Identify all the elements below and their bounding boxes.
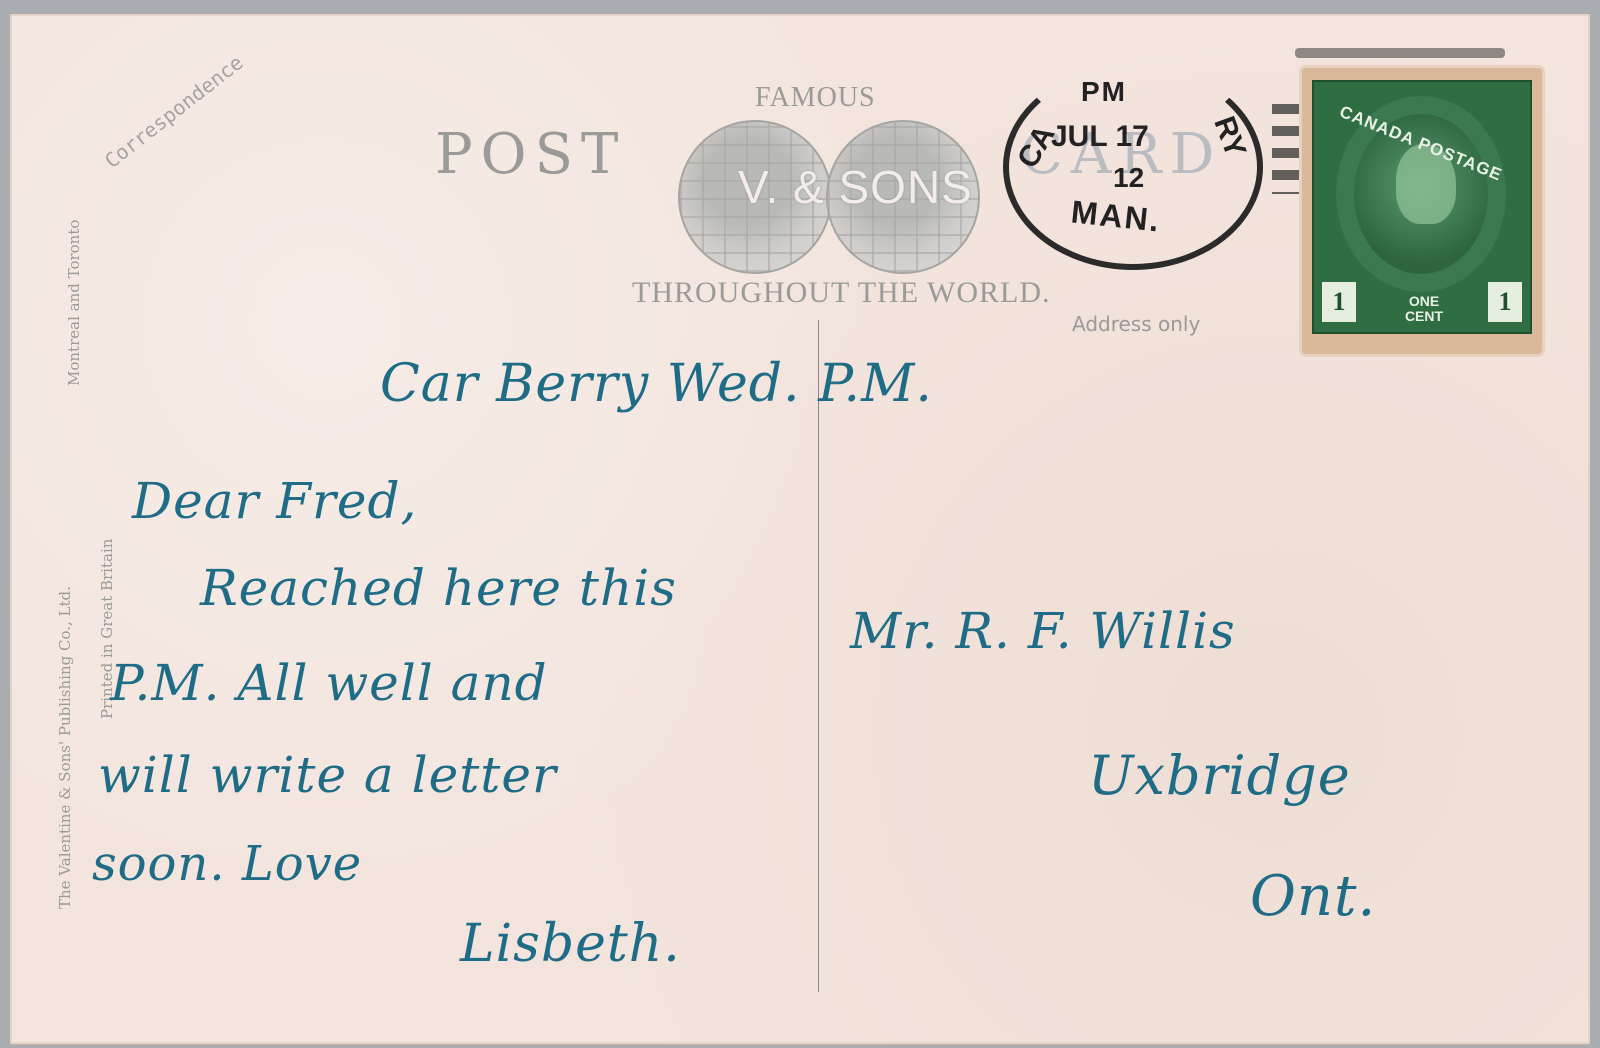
stamp-denomination-right: 1 <box>1488 282 1522 322</box>
post-heading: POST <box>435 122 626 187</box>
stamp-denomination-left: 1 <box>1322 282 1356 322</box>
postmark-date: JUL 17 <box>1051 120 1149 154</box>
publisher-line: The Valentine & Sons' Publishing Co., Lt… <box>56 586 74 909</box>
stamp-value-word-1: ONE <box>1384 294 1464 309</box>
postage-stamp: CANADA POSTAGE 1 ONE CENT 1 <box>1302 68 1542 354</box>
stamp-design: CANADA POSTAGE 1 ONE CENT 1 <box>1312 80 1532 334</box>
message-line: will write a letter <box>98 746 557 804</box>
correspondence-label: Correspondence <box>100 50 248 173</box>
center-divider <box>818 320 819 992</box>
message-line: soon. Love <box>92 836 362 892</box>
logo-bottom-text: THROUGHOUT THE WORLD. <box>632 276 1051 310</box>
logo-top-text: FAMOUS <box>755 82 876 114</box>
stamp-value: ONE CENT <box>1384 294 1464 324</box>
address-label: Address only <box>1072 312 1200 336</box>
message-signature: Lisbeth. <box>460 914 681 974</box>
postcard: POST CARD FAMOUS V. & SONS THROUGHOUT TH… <box>10 14 1590 1044</box>
recipient-name: Mr. R. F. Willis <box>850 602 1236 660</box>
postmark-time: PM <box>1081 76 1127 108</box>
postmark-cancel: CA PM RY JUL 17 12 MAN. <box>1003 64 1263 270</box>
publisher-logo: V. & SONS <box>738 160 973 214</box>
cities-line: Montreal and Toronto <box>65 220 83 386</box>
postmark-province: MAN. <box>1069 193 1162 239</box>
postmark-year: 12 <box>1113 162 1144 194</box>
message-line: P.M. All well and <box>110 654 548 712</box>
message-line: Dear Fred, <box>132 472 417 530</box>
stamp-value-word-2: CENT <box>1384 309 1464 324</box>
message-line: Reached here this <box>200 559 677 617</box>
recipient-province: Ont. <box>1250 864 1376 929</box>
message-header: Car Berry Wed. P.M. <box>380 354 933 414</box>
recipient-town: Uxbridge <box>1088 744 1351 807</box>
postmark-town-right: RY <box>1206 112 1252 162</box>
ink-smudge <box>1295 48 1505 58</box>
